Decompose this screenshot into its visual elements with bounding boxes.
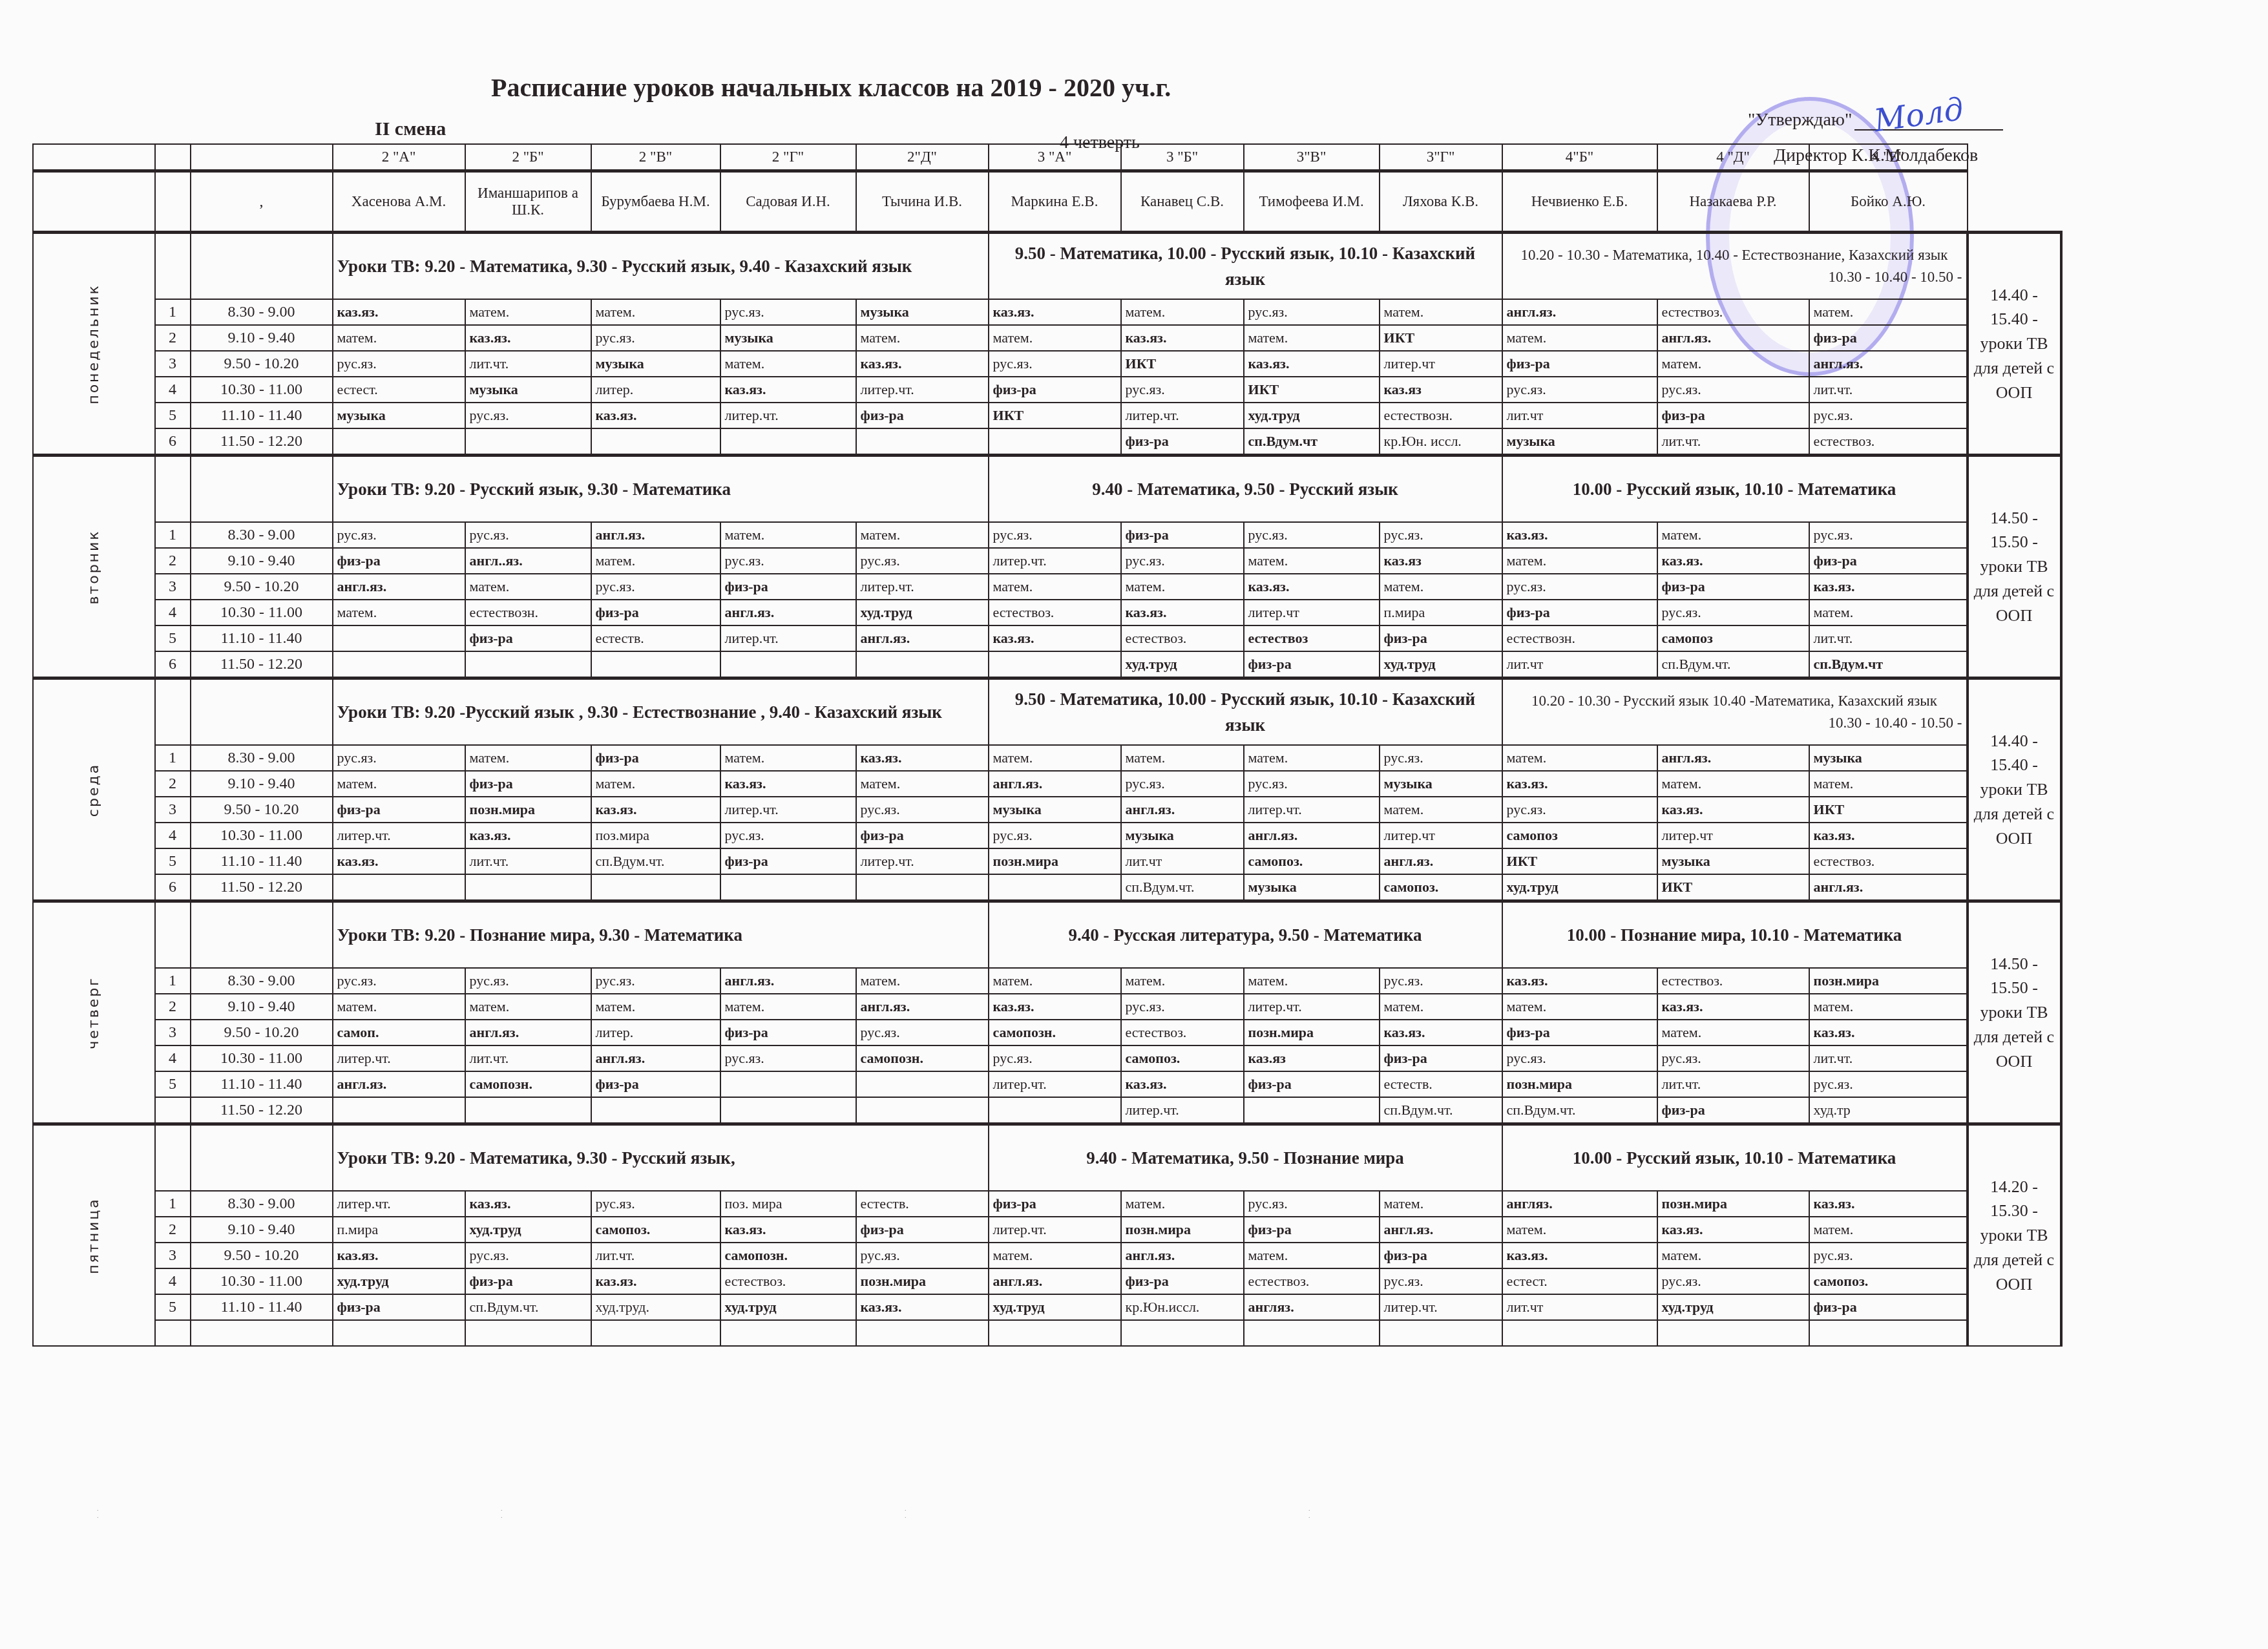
subject-cell: литер.чт. [1244,994,1380,1020]
subject-cell: каз.яз. [1502,771,1657,797]
subject-cell: литер.чт [1244,600,1380,625]
subject-cell: физ-ра [591,1071,720,1097]
subject-cell: матем. [591,548,720,574]
subject-cell: музыка [720,325,856,351]
subject-cell: рус.яз. [1502,1045,1657,1071]
subject-cell: физ-ра [1657,574,1809,600]
lesson-time: 11.50 - 12.20 [191,1097,333,1124]
class-header: 2 "В" [591,144,720,171]
subject-cell: физ-ра [989,377,1121,403]
subject-cell: рус.яз. [1380,968,1502,994]
tv-lessons-grade3: 9.40 - Математика, 9.50 - Русский язык [989,456,1502,523]
subject-cell [989,428,1121,456]
subject-cell: физ-ра [856,823,989,848]
subject-cell: матем. [1657,1020,1809,1045]
subject-cell: естествозн. [1380,403,1502,428]
subject-cell: матем. [1809,994,1968,1020]
tv-lessons-grade4-text: 10.20 - 10.30 - Русский язык 10.40 -Мате… [1531,693,1937,709]
blank-cell [155,678,191,746]
lesson-number: 2 [155,325,191,351]
subject-cell: музыка [591,351,720,377]
tv-lessons-grade4-extra: 10.30 - 10.40 - 10.50 - [1507,712,1962,735]
subject-cell: матем. [1657,771,1809,797]
subject-cell: ИКТ [989,403,1121,428]
lesson-row: 611.50 - 12.20сп.Вдум.чт.музыкасамопоз.х… [33,874,2061,901]
blank-cell [33,171,155,233]
subject-cell: физ-ра [333,797,465,823]
lesson-number: 4 [155,1045,191,1071]
day-label: вторник [33,456,155,678]
subject-cell: матем. [856,325,989,351]
teacher-name: Тычина И.В. [856,171,989,233]
subject-cell: рус.яз. [591,574,720,600]
tv-lessons-row: понедельникУроки ТВ: 9.20 - Математика, … [33,233,2061,300]
subject-cell: физ-ра [1380,1045,1502,1071]
subject-cell [591,874,720,901]
subject-cell: естествоз. [989,600,1121,625]
subject-cell [1244,1320,1380,1346]
oop-tv-lessons-note: 14.20 - 15.30 - уроки ТВ для детей с ООП [1968,1124,2061,1347]
subject-cell [1244,1097,1380,1124]
class-header: 4"Б" [1502,144,1657,171]
tv-lessons-grade4: 10.00 - Познание мира, 10.10 - Математик… [1502,901,1968,969]
lesson-row: 29.10 - 9.40п.мирахуд.трудсамопоз.каз.яз… [33,1217,2061,1243]
subject-cell [720,651,856,678]
subject-cell: англяз. [1244,1294,1380,1320]
subject-cell [856,1097,989,1124]
subject-cell: физ-ра [1121,1268,1244,1294]
subject-cell: лит.чт. [465,848,591,874]
subject-cell: физ-ра [1809,325,1968,351]
subject-cell: кр.Юн.иссл. [1121,1294,1244,1320]
lesson-time: 9.50 - 10.20 [191,351,333,377]
blank-cell [155,1124,191,1192]
subject-cell: матем. [1244,325,1380,351]
subject-cell: матем. [1380,797,1502,823]
subject-cell [856,1071,989,1097]
lesson-number: 4 [155,1268,191,1294]
subject-cell: физ-ра [1380,1243,1502,1268]
subject-cell: рус.яз. [465,968,591,994]
teacher-name: Тимофеева И.М. [1244,171,1380,233]
teacher-name: Садовая И.Н. [720,171,856,233]
class-header: 4 "Е" [1809,144,1968,171]
subject-cell: англ.яз. [989,1268,1121,1294]
subject-cell: рус.яз. [1121,994,1244,1020]
subject-cell: рус.яз. [1502,377,1657,403]
subject-cell: литер.чт. [720,403,856,428]
subject-cell: матем. [989,745,1121,771]
tv-lessons-grade3: 9.50 - Математика, 10.00 - Русский язык,… [989,233,1502,300]
subject-cell: естест. [1502,1268,1657,1294]
blank-cell [191,144,333,171]
subject-cell: рус.яз. [333,968,465,994]
subject-cell: матем. [333,994,465,1020]
subject-cell: матем. [856,522,989,548]
subject-cell: англ.яз. [1244,823,1380,848]
subject-cell: позн.мира [989,848,1121,874]
subject-cell: физ-ра [989,1191,1121,1217]
oop-tv-lessons-note: 14.50 - 15.50 - уроки ТВ для детей с ООП [1968,901,2061,1124]
subject-cell: худ.труд [1380,651,1502,678]
subject-cell: самопоз. [1380,874,1502,901]
blank-cell [191,1124,333,1192]
lesson-row: 18.30 - 9.00каз.яз.матем.матем.рус.яз.му… [33,299,2061,325]
subject-cell: каз.яз. [333,848,465,874]
subject-cell: матем. [720,351,856,377]
subject-cell: ИКТ [1380,325,1502,351]
subject-cell: англ.яз. [465,1020,591,1045]
subject-cell: матем. [333,600,465,625]
subject-cell: музыка [1121,823,1244,848]
subject-cell: каз.яз. [333,1243,465,1268]
subject-cell: рус.яз. [856,1020,989,1045]
subject-cell: каз.яз. [465,325,591,351]
subject-cell: самопозн. [465,1071,591,1097]
lesson-time: 11.10 - 11.40 [191,848,333,874]
subject-cell [856,874,989,901]
subject-cell: музыка [989,797,1121,823]
tv-lessons-grade3: 9.40 - Математика, 9.50 - Познание мира [989,1124,1502,1192]
director-signature: Молд [1872,91,1966,140]
subject-cell: лит.чт. [465,1045,591,1071]
lesson-number: 1 [155,299,191,325]
subject-cell: матем. [1657,522,1809,548]
lesson-number: 3 [155,797,191,823]
subject-cell: англ.яз. [1502,299,1657,325]
subject-cell: сп.Вдум.чт. [1380,1097,1502,1124]
subject-cell: матем. [1121,968,1244,994]
subject-cell: музыка [1244,874,1380,901]
teacher-name: Маркина Е.В. [989,171,1121,233]
day-name: четверг [86,976,102,1049]
subject-cell: самопоз. [1809,1268,1968,1294]
blank-cell [155,171,191,233]
lesson-time: 10.30 - 11.00 [191,1268,333,1294]
subject-cell: каз.яз. [465,823,591,848]
subject-cell: худ.труд [1244,403,1380,428]
class-header: 2"Д" [856,144,989,171]
tv-lessons-grade4: 10.20 - 10.30 - Математика, 10.40 - Есте… [1502,233,1968,300]
tv-lessons-grade4-text: 10.00 - Русский язык, 10.10 - Математика [1573,479,1896,499]
subject-cell: рус.яз. [465,522,591,548]
subject-cell: естествоз. [720,1268,856,1294]
lesson-time: 11.10 - 11.40 [191,403,333,428]
subject-cell: лит.чт. [1809,625,1968,651]
subject-cell: самопозн. [989,1020,1121,1045]
tv-lessons-grade4: 10.20 - 10.30 - Русский язык 10.40 -Мате… [1502,678,1968,746]
lesson-time: 10.30 - 11.00 [191,1045,333,1071]
subject-cell [1121,1320,1244,1346]
subject-cell: позн.мира [1502,1071,1657,1097]
subject-cell: физ-ра [1502,351,1657,377]
subject-cell: каз.яз. [1809,823,1968,848]
subject-cell: литер.чт [1380,823,1502,848]
subject-cell: физ-ра [720,848,856,874]
class-header: 3 "А" [989,144,1121,171]
subject-cell: рус.яз. [989,351,1121,377]
subject-cell: матем. [591,994,720,1020]
lesson-row: 39.50 - 10.20англ.яз.матем.рус.яз.физ-ра… [33,574,2061,600]
subject-cell: каз.яз. [1380,1020,1502,1045]
subject-cell: матем. [1657,351,1809,377]
subject-cell: естествоз. [1657,968,1809,994]
subject-cell: каз.яз. [1502,968,1657,994]
subject-cell: рус.яз. [856,1243,989,1268]
subject-cell: позн.мира [465,797,591,823]
subject-cell: лит.чт [1502,403,1657,428]
subject-cell [465,651,591,678]
subject-cell [333,625,465,651]
subject-cell: ИКТ [1657,874,1809,901]
subject-cell: естествоз. [1809,848,1968,874]
subject-cell: естест. [333,377,465,403]
tv-lessons-grade3: 9.40 - Русская литература, 9.50 - Матема… [989,901,1502,969]
lesson-time: 10.30 - 11.00 [191,600,333,625]
lesson-row: 29.10 - 9.40матем.матем.матем.матем.англ… [33,994,2061,1020]
class-header-row: 2 "А"2 "Б"2 "В"2 "Г"2"Д"3 "А"3 "Б"3"В"3"… [33,144,2061,171]
subject-cell: рус.яз. [856,548,989,574]
lesson-number: 4 [155,377,191,403]
subject-cell: англ.яз. [856,994,989,1020]
subject-cell: каз.яз. [856,745,989,771]
lesson-number: 6 [155,428,191,456]
subject-cell [720,1071,856,1097]
subject-cell: матем. [1244,745,1380,771]
scan-specks: . . . . . . . . [97,1506,1583,1520]
subject-cell: музыка [1502,428,1657,456]
subject-cell: матем. [989,968,1121,994]
subject-cell: англ.яз. [1657,745,1809,771]
lesson-time: 8.30 - 9.00 [191,745,333,771]
subject-cell: естеств. [591,625,720,651]
lesson-number: 5 [155,403,191,428]
subject-cell: матем. [720,522,856,548]
subject-cell: физ-ра [465,1268,591,1294]
subject-cell: каз.яз. [1121,1071,1244,1097]
subject-cell: физ-ра [1244,1217,1380,1243]
lesson-row: 410.30 - 11.00литер.чт.лит.чт.англ.яз.ру… [33,1045,2061,1071]
class-header: 4 "Д" [1657,144,1809,171]
subject-cell: каз.яз. [1809,1191,1968,1217]
subject-cell: лит.чт. [1809,1045,1968,1071]
subject-cell: самопоз [1502,823,1657,848]
subject-cell [465,428,591,456]
lesson-time: 8.30 - 9.00 [191,968,333,994]
class-header: 2 "А" [333,144,465,171]
subject-cell: физ-ра [720,1020,856,1045]
subject-cell [720,1097,856,1124]
subject-cell: каз.яз [1244,1045,1380,1071]
subject-cell: каз.яз. [989,625,1121,651]
subject-cell: матем. [591,299,720,325]
page-title: Расписание уроков начальных классов на 2… [491,72,1171,103]
subject-cell: каз.яз. [720,771,856,797]
subject-cell: естествоз. [1244,1268,1380,1294]
subject-cell: рус.яз. [1502,797,1657,823]
subject-cell [333,428,465,456]
subject-cell [591,428,720,456]
subject-cell: рус.яз. [1809,403,1968,428]
lesson-row: 18.30 - 9.00рус.яз.рус.яз.англ.яз.матем.… [33,522,2061,548]
subject-cell [465,874,591,901]
lesson-number: 3 [155,1243,191,1268]
subject-cell: ИКТ [1121,351,1244,377]
lesson-time [191,1320,333,1346]
day-label: четверг [33,901,155,1124]
subject-cell: музыка [1809,745,1968,771]
subject-cell: литер.чт. [989,1071,1121,1097]
blank-cell [155,901,191,969]
subject-cell: матем. [1380,299,1502,325]
subject-cell: матем. [1121,574,1244,600]
subject-cell: англ.яз. [1809,874,1968,901]
day-name: понедельник [86,284,102,404]
approve-label: "Утверждаю" [1748,110,1852,130]
lesson-time: 9.10 - 9.40 [191,771,333,797]
lesson-number: 6 [155,651,191,678]
subject-cell [333,874,465,901]
subject-cell: рус.яз. [720,823,856,848]
subject-cell [333,651,465,678]
subject-cell: каз.яз. [465,1191,591,1217]
lesson-time: 9.50 - 10.20 [191,574,333,600]
subject-cell: матем. [1657,1243,1809,1268]
subject-cell: лит.чт. [1657,1071,1809,1097]
subject-cell: физ-ра [1657,1097,1809,1124]
subject-cell: ИКТ [1809,797,1968,823]
subject-cell: худ.труд [1502,874,1657,901]
tv-lessons-row: пятницаУроки ТВ: 9.20 - Математика, 9.30… [33,1124,2061,1192]
subject-cell: худ.труд [465,1217,591,1243]
subject-cell: рус.яз. [1244,771,1380,797]
subject-cell: каз.яз. [856,351,989,377]
subject-cell: матем. [989,574,1121,600]
subject-cell: естествоз. [1809,428,1968,456]
lesson-time: 9.10 - 9.40 [191,325,333,351]
subject-cell: матем. [720,745,856,771]
lesson-number: 1 [155,522,191,548]
lesson-number [155,1097,191,1124]
subject-cell: матем. [1121,745,1244,771]
subject-cell: физ-ра [591,745,720,771]
subject-cell: ИКТ [1502,848,1657,874]
subject-cell [720,428,856,456]
subject-cell: самопоз. [1244,848,1380,874]
subject-cell: позн.мира [1121,1217,1244,1243]
subject-cell: физ-ра [1121,428,1244,456]
tv-lessons-row: средаУроки ТВ: 9.20 -Русский язык , 9.30… [33,678,2061,746]
subject-cell: самопоз. [591,1217,720,1243]
subject-cell [989,1097,1121,1124]
lesson-number: 6 [155,874,191,901]
subject-cell: каз.яз. [720,377,856,403]
subject-cell: каз.яз. [1244,351,1380,377]
subject-cell: матем. [856,771,989,797]
subject-cell: каз.яз. [1244,574,1380,600]
subject-cell: литер.чт. [856,574,989,600]
lesson-row [33,1320,2061,1346]
subject-cell: англ.яз. [1809,351,1968,377]
subject-cell: музыка [856,299,989,325]
lesson-row: 410.30 - 11.00литер.чт.каз.яз.поз.мирару… [33,823,2061,848]
lesson-row: 511.10 - 11.40музыкарус.яз.каз.яз.литер.… [33,403,2061,428]
teacher-name: Бурумбаева Н.М. [591,171,720,233]
subject-cell: п.мира [333,1217,465,1243]
shift-label: II смена [375,118,446,140]
subject-cell: матем. [1502,745,1657,771]
subject-cell: англ.яз. [591,1045,720,1071]
subject-cell: самопозн. [720,1243,856,1268]
class-header: 3"В" [1244,144,1380,171]
subject-cell: рус.яз. [1244,1191,1380,1217]
subject-cell: каз.яз. [591,1268,720,1294]
lesson-number: 4 [155,600,191,625]
lesson-row: 511.10 - 11.40каз.яз.лит.чт.сп.Вдум.чт.ф… [33,848,2061,874]
subject-cell: лит.чт [1502,651,1657,678]
subject-cell: лит.чт [1502,1294,1657,1320]
subject-cell: матем. [465,745,591,771]
lesson-time: 9.50 - 10.20 [191,1020,333,1045]
class-header: 3 "Б" [1121,144,1244,171]
subject-cell [591,1320,720,1346]
subject-cell: матем. [1809,771,1968,797]
subject-cell: матем. [465,299,591,325]
subject-cell: рус.яз. [333,745,465,771]
lesson-row: 410.30 - 11.00естест.музыкалитер.каз.яз.… [33,377,2061,403]
lesson-time: 8.30 - 9.00 [191,522,333,548]
blank-cell [191,233,333,300]
lesson-number: 5 [155,1071,191,1097]
lesson-number: 3 [155,1020,191,1045]
subject-cell [856,1320,989,1346]
subject-cell: матем. [1380,1191,1502,1217]
lesson-number: 2 [155,548,191,574]
subject-cell: англ.яз. [591,522,720,548]
subject-cell: рус.яз. [1657,600,1809,625]
lesson-time: 10.30 - 11.00 [191,377,333,403]
subject-cell: п.мира [1380,600,1502,625]
subject-cell: естествоз. [1121,1020,1244,1045]
subject-cell: худ.труд [1657,1294,1809,1320]
lesson-row: 410.30 - 11.00худ.трудфиз-раказ.яз.естес… [33,1268,2061,1294]
schedule-table: 2 "А"2 "Б"2 "В"2 "Г"2"Д"3 "А"3 "Б"3"В"3"… [32,143,2063,1347]
subject-cell: рус.яз. [591,968,720,994]
subject-cell: сп.Вдум.чт. [1502,1097,1657,1124]
subject-cell: каз.яз. [591,403,720,428]
oop-tv-lessons-note: 14.40 - 15.40 - уроки ТВ для детей с ООП [1968,233,2061,456]
tv-lessons-grade4-extra: 10.30 - 10.40 - 10.50 - [1507,266,1962,289]
subject-cell: рус.яз. [1809,1243,1968,1268]
class-header: 2 "Б" [465,144,591,171]
subject-cell: матем. [720,994,856,1020]
subject-cell: позн.мира [856,1268,989,1294]
subject-cell: каз.яз. [1657,797,1809,823]
subject-cell: матем. [1121,1191,1244,1217]
subject-cell: физ-ра [465,771,591,797]
tv-lessons-row: вторникУроки ТВ: 9.20 - Русский язык, 9.… [33,456,2061,523]
subject-cell: каз.яз [1380,377,1502,403]
subject-cell: литер.чт. [720,625,856,651]
lesson-time: 11.50 - 12.20 [191,874,333,901]
subject-cell: музыка [1380,771,1502,797]
subject-cell: рус.яз. [1657,1268,1809,1294]
subject-cell: каз.яз. [1809,574,1968,600]
teacher-name: Назакаева Р.Р. [1657,171,1809,233]
subject-cell: рус.яз. [1657,1045,1809,1071]
subject-cell: поз.мира [591,823,720,848]
subject-cell [856,428,989,456]
